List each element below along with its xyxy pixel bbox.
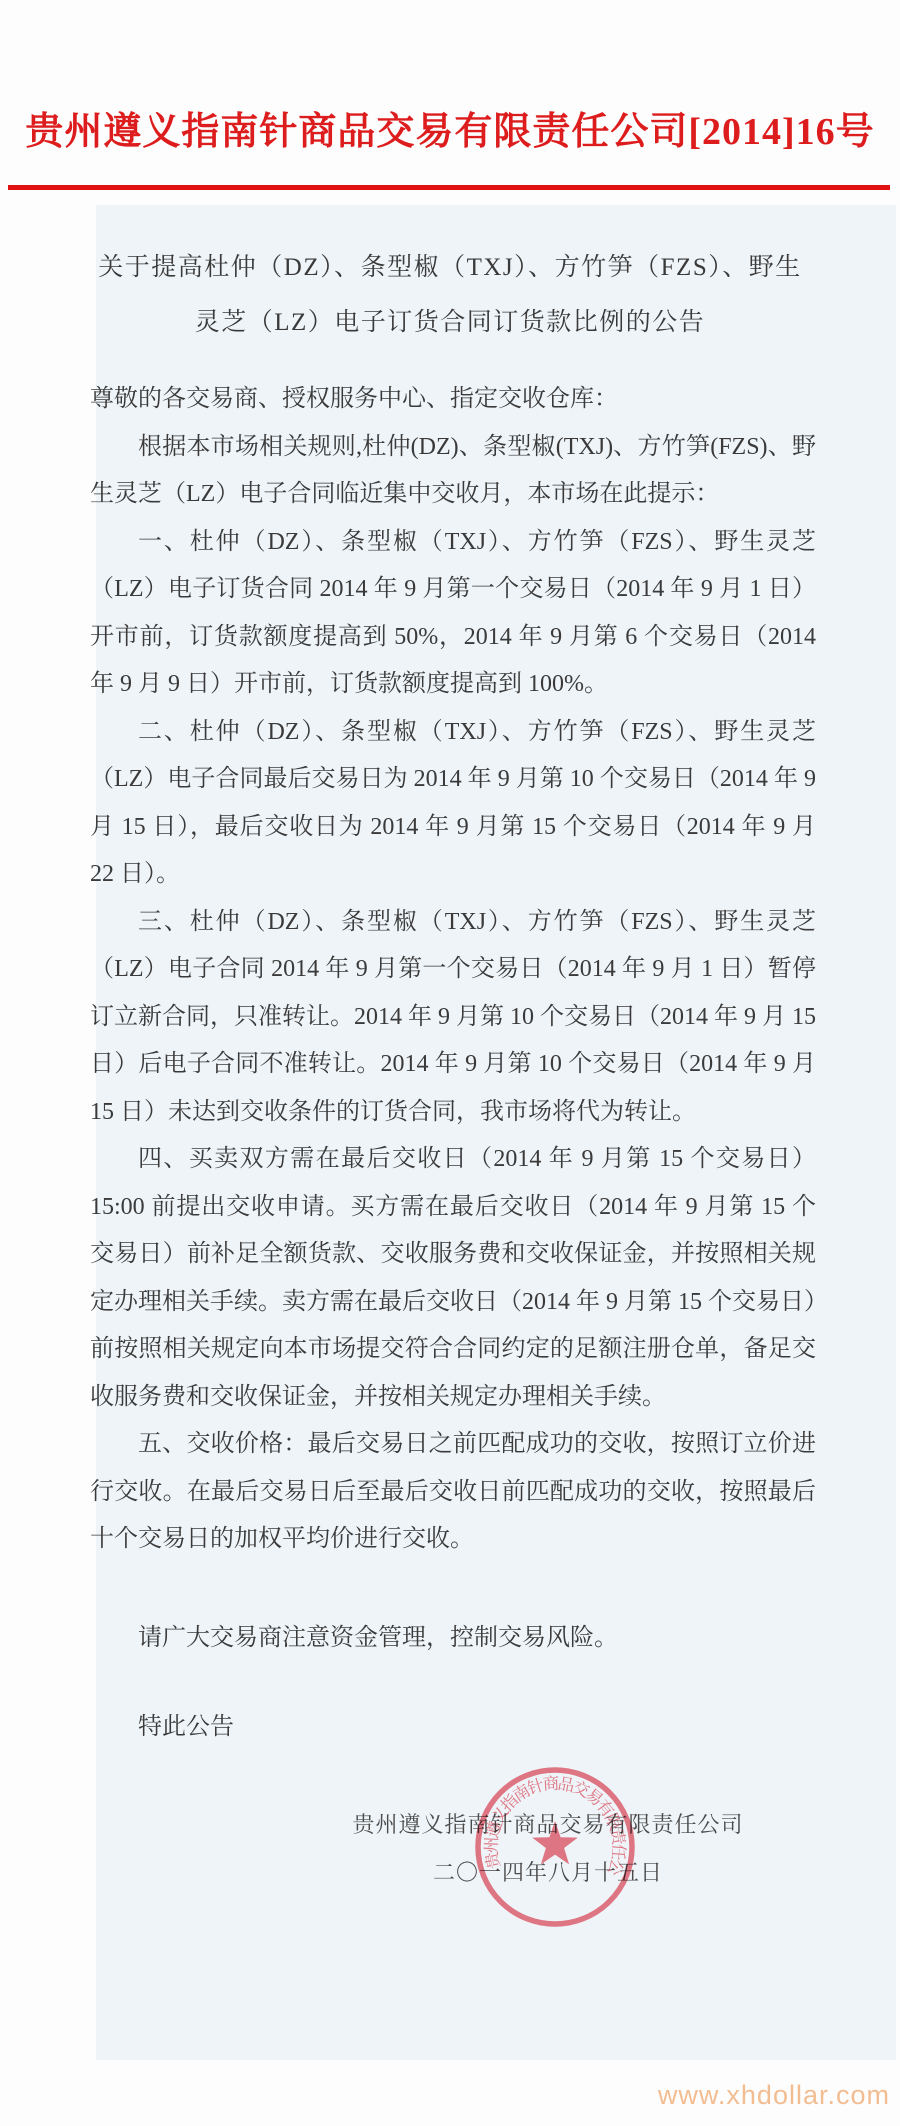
paragraph-section-1: 一、杜仲（DZ）、条型椒（TXJ）、方竹笋（FZS）、野生灵芝（LZ）电子订货合… [90, 519, 816, 709]
paragraph-section-3: 三、杜仲（DZ）、条型椒（TXJ）、方竹笋（FZS）、野生灵芝（LZ）电子合同 … [90, 899, 816, 1137]
letterhead-divider-rule [8, 185, 890, 190]
letterhead-title: 贵州遵义指南针商品交易有限责任公司[2014]16号 [0, 100, 900, 155]
closing-line: 请广大交易商注意资金管理，控制交易风险。 [90, 1615, 816, 1663]
proclamation-line: 特此公告 [90, 1704, 816, 1752]
paragraph-intro: 根据本市场相关规则,杜仲(DZ)、条型椒(TXJ)、方竹笋(FZS)、野生灵芝（… [90, 424, 816, 519]
site-watermark: www.xhdollar.com [658, 2080, 890, 2111]
greeting-line: 尊敬的各交易商、授权服务中心、指定交收仓库： [90, 376, 816, 424]
paragraph-section-4: 四、买卖双方需在最后交收日（2014 年 9 月第 15 个交易日）15:00 … [90, 1136, 816, 1421]
announcement-body: 尊敬的各交易商、授权服务中心、指定交收仓库： 根据本市场相关规则,杜仲(DZ)、… [90, 376, 816, 1752]
signature-company-name: 贵州遵义指南针商品交易有限责任公司 [348, 1801, 748, 1849]
announcement-title-line-2: 灵芝（LZ）电子订货合同订货款比例的公告 [0, 295, 900, 350]
announcement-title: 关于提高杜仲（DZ）、条型椒（TXJ）、方竹笋（FZS）、野生 灵芝（LZ）电子… [0, 240, 900, 350]
paragraph-section-2: 二、杜仲（DZ）、条型椒（TXJ）、方竹笋（FZS）、野生灵芝（LZ）电子合同最… [90, 709, 816, 899]
scanned-announcement-page: 贵州遵义指南针商品交易有限责任公司[2014]16号 关于提高杜仲（DZ）、条型… [0, 0, 900, 2126]
paragraph-section-5: 五、交收价格：最后交易日之前匹配成功的交收，按照订立价进行交收。在最后交易日后至… [90, 1421, 816, 1564]
signature-block: 贵州遵义指南针商品交易有限责任公司 二〇一四年八月十五日 [348, 1801, 748, 1897]
signature-date: 二〇一四年八月十五日 [348, 1849, 748, 1897]
announcement-title-line-1: 关于提高杜仲（DZ）、条型椒（TXJ）、方竹笋（FZS）、野生 [0, 240, 900, 295]
